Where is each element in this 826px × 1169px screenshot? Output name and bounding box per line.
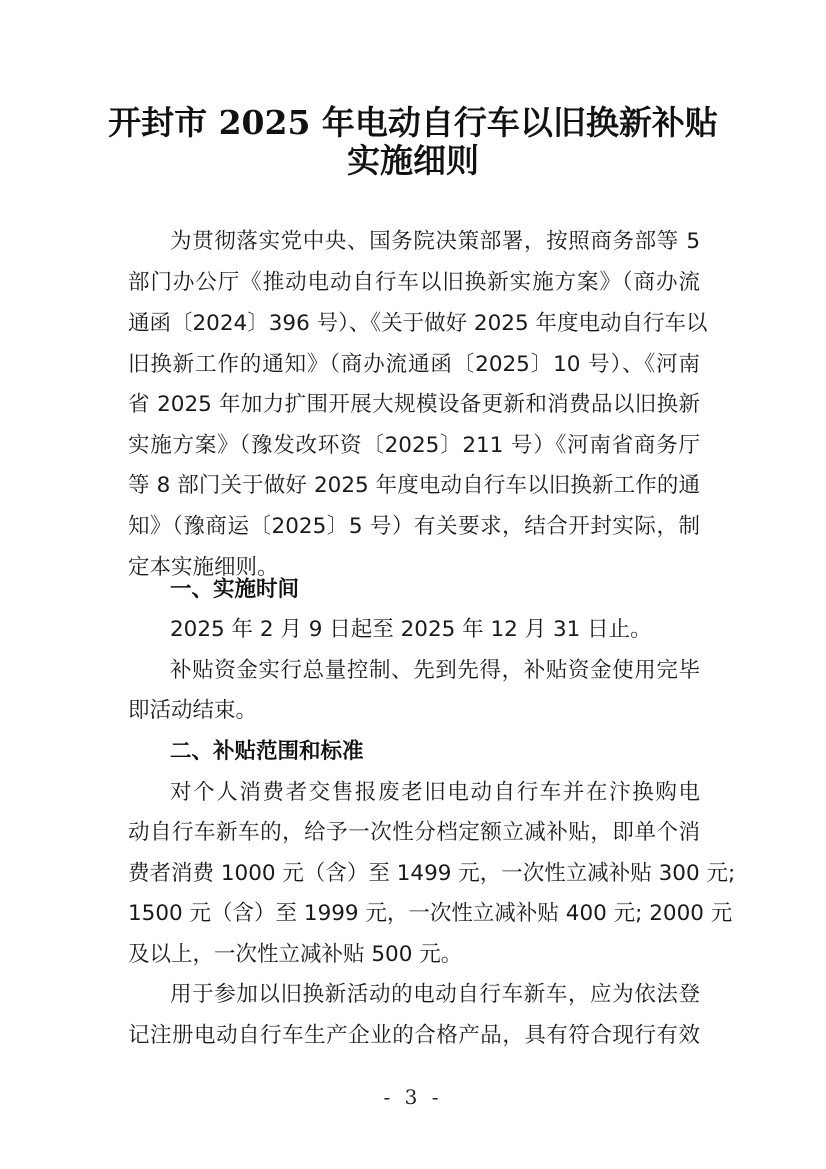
section1-paragraph-line: 即活动结束。 — [128, 696, 700, 726]
section2-paragraph-line: 记注册电动自行车生产企业的合格产品，具有符合现行有效 — [128, 1021, 700, 1051]
page-number: - 3 - — [0, 1085, 826, 1109]
section2-paragraph-line: 用于参加以旧换新活动的电动自行车新车，应为依法登 — [170, 980, 700, 1010]
section-heading-implementation-time: 一、实施时间 — [170, 575, 299, 605]
document-page: 开封市 2025 年电动自行车以旧换新补贴 实施细则 为贯彻落实党中央、国务院决… — [0, 0, 826, 1169]
document-title-line-2: 实施细则 — [0, 141, 826, 181]
preamble-line: 省 2025 年加力扩围开展大规模设备更新和消费品以旧换新 — [128, 390, 700, 420]
section2-paragraph-line: 1500 元（含）至 1999 元，一次性立减补贴 400 元; 2000 元 — [128, 899, 700, 929]
section1-paragraph-line: 2025 年 2 月 9 日起至 2025 年 12 月 31 日止。 — [170, 615, 700, 645]
preamble-line: 通函〔2024〕396 号）、《关于做好 2025 年度电动自行车以 — [128, 309, 700, 339]
preamble-line: 为贯彻落实党中央、国务院决策部署，按照商务部等 5 — [170, 227, 700, 257]
section2-paragraph-line: 动自行车新车的，给予一次性分档定额立减补贴，即单个消 — [128, 818, 700, 848]
section2-paragraph-line: 及以上，一次性立减补贴 500 元。 — [128, 940, 700, 970]
section2-paragraph-line: 对个人消费者交售报废老旧电动自行车并在汴换购电 — [170, 778, 700, 808]
preamble-line: 实施方案》（豫发改环资〔2025〕211 号）《河南省商务厅 — [128, 431, 700, 461]
preamble-line: 旧换新工作的通知》（商办流通函〔2025〕10 号）、《河南 — [128, 350, 700, 380]
preamble-line: 部门办公厅《推动电动自行车以旧换新实施方案》（商办流 — [128, 268, 700, 298]
section2-paragraph-line: 费者消费 1000 元（含）至 1499 元，一次性立减补贴 300 元; — [128, 859, 700, 889]
section1-paragraph-line: 补贴资金实行总量控制、先到先得，补贴资金使用完毕 — [170, 656, 700, 686]
section-heading-subsidy-scope: 二、补贴范围和标准 — [170, 737, 364, 767]
preamble-line: 等 8 部门关于做好 2025 年度电动自行车以旧换新工作的通 — [128, 471, 700, 501]
document-title-line-1: 开封市 2025 年电动自行车以旧换新补贴 — [0, 103, 826, 143]
preamble-line: 知》（豫商运〔2025〕5 号）有关要求，结合开封实际，制 — [128, 512, 700, 542]
